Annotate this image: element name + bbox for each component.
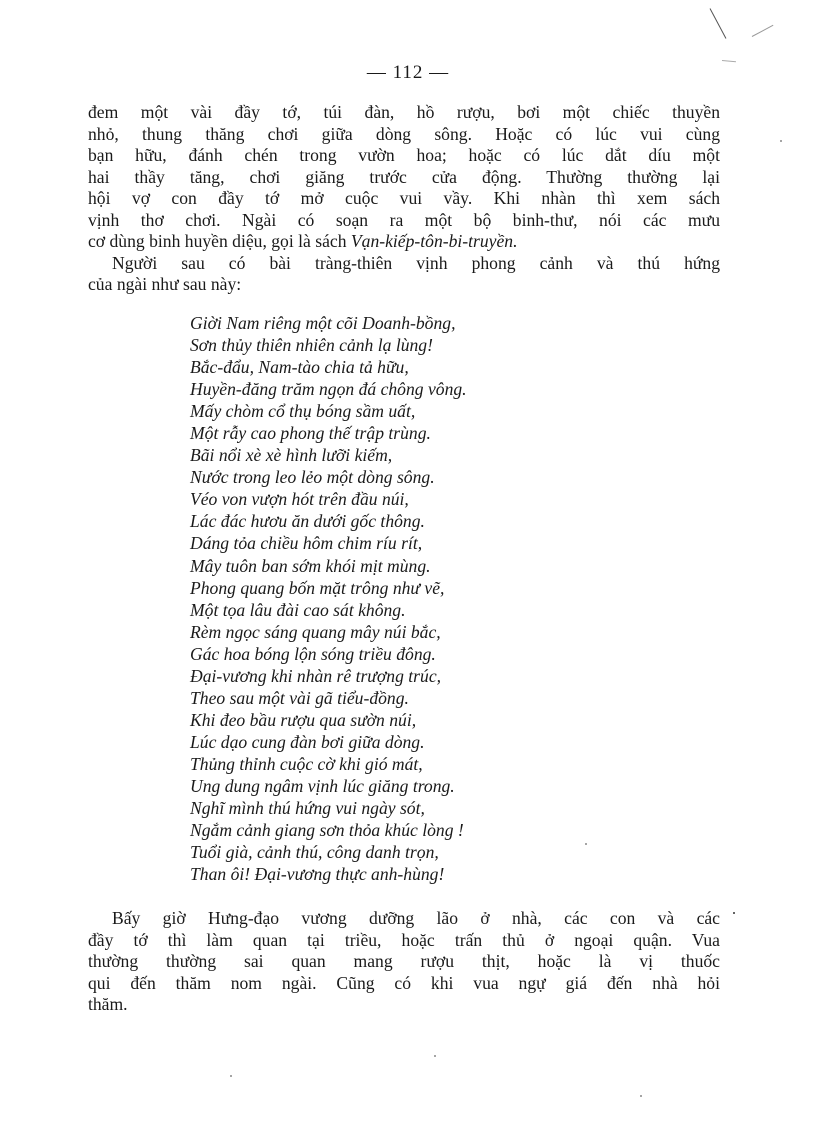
poem-verse: Ung dung ngâm vịnh lúc giăng trong. xyxy=(190,775,467,797)
book-title: Vạn-kiếp-tôn-bi-truyền. xyxy=(351,231,518,251)
poem-verse: Giời Nam riêng một cõi Doanh-bồng, xyxy=(190,312,467,334)
poem-verse: Nước trong leo lẻo một dòng sông. xyxy=(190,466,467,488)
poem-verse: Dáng tỏa chiều hôm chim ríu rít, xyxy=(190,532,467,554)
text-line: cơ dùng binh huyền diệu, gọi là sách Vạn… xyxy=(88,231,720,253)
intro-paragraph: đem một vài đầy tớ, túi đàn, hồ rượu, bơ… xyxy=(88,102,720,296)
text-line: Người sau có bài tràng-thiên vịnh phong … xyxy=(88,253,720,275)
text-line: thường thường sai quan mang rượu thịt, h… xyxy=(88,951,720,973)
scan-speck xyxy=(640,1095,642,1097)
poem-verse: Bắc-đẩu, Nam-tào chia tả hữu, xyxy=(190,356,467,378)
poem: Giời Nam riêng một cõi Doanh-bồng, Sơn t… xyxy=(190,312,467,885)
text-line: bạn hữu, đánh chén trong vườn hoa; hoặc … xyxy=(88,145,720,167)
scan-speck xyxy=(230,1075,232,1077)
poem-verse: Rèm ngọc sáng quang mây núi bắc, xyxy=(190,621,467,643)
poem-verse: Theo sau một vài gã tiểu-đồng. xyxy=(190,687,467,709)
poem-verse: Mây tuôn ban sớm khói mịt mùng. xyxy=(190,555,467,577)
scan-mark xyxy=(752,25,774,37)
text-line: qui đến thăm nom ngài. Cũng có khi vua n… xyxy=(88,973,720,995)
poem-verse: Phong quang bốn mặt trông như vẽ, xyxy=(190,577,467,599)
text-line: hai thầy tăng, chơi giăng trước cửa động… xyxy=(88,167,720,189)
closing-paragraph: Bấy giờ Hưng-đạo vương dưỡng lão ở nhà, … xyxy=(88,908,720,1016)
poem-verse: Gác hoa bóng lộn sóng triều đông. xyxy=(190,643,467,665)
poem-verse: Lúc dạo cung đàn bơi giữa dòng. xyxy=(190,731,467,753)
text-line: Bấy giờ Hưng-đạo vương dưỡng lão ở nhà, … xyxy=(88,908,720,930)
poem-verse: Thủng thỉnh cuộc cờ khi gió mát, xyxy=(190,753,467,775)
poem-verse: Bãi nổi xè xè hình lưỡi kiếm, xyxy=(190,444,467,466)
page-number: — 112 — xyxy=(0,62,816,84)
poem-verse: Nghĩ mình thú hứng vui ngày sót, xyxy=(190,797,467,819)
poem-verse: Mấy chòm cổ thụ bóng sầm uất, xyxy=(190,400,467,422)
poem-verse: Đại-vương khi nhàn rê trượng trúc, xyxy=(190,665,467,687)
poem-verse: Một rẫy cao phong thế trập trùng. xyxy=(190,422,467,444)
poem-verse: Sơn thủy thiên nhiên cảnh lạ lùng! xyxy=(190,334,467,356)
poem-verse: Lác đác hươu ăn dưới gốc thông. xyxy=(190,510,467,532)
poem-verse: Véo von vượn hót trên đầu núi, xyxy=(190,488,467,510)
text-line: đem một vài đầy tớ, túi đàn, hồ rượu, bơ… xyxy=(88,102,720,124)
text-line: nhỏ, thung thăng chơi giữa dòng sông. Ho… xyxy=(88,124,720,146)
poem-verse: Huyền-đăng trăm ngọn đá chông vông. xyxy=(190,378,467,400)
scan-speck xyxy=(733,912,735,914)
scan-mark xyxy=(710,8,727,38)
poem-verse: Khi đeo bầu rượu qua sườn núi, xyxy=(190,709,467,731)
text-line: thăm. xyxy=(88,994,720,1016)
text-line: của ngài như sau này: xyxy=(88,274,720,296)
text-fragment: cơ dùng binh huyền diệu, gọi là sách xyxy=(88,231,351,251)
scan-speck xyxy=(585,843,587,845)
poem-verse: Một tọa lâu đài cao sát không. xyxy=(190,599,467,621)
text-line: hội vợ con đầy tớ mở cuộc vui vầy. Khi n… xyxy=(88,188,720,210)
scan-speck xyxy=(434,1055,436,1057)
poem-verse: Than ôi! Đại-vương thực anh-hùng! xyxy=(190,863,467,885)
text-line: vịnh thơ chơi. Ngài có soạn ra một bộ bi… xyxy=(88,210,720,232)
scan-speck xyxy=(780,140,782,142)
poem-verse: Tuổi già, cảnh thú, công danh trọn, xyxy=(190,841,467,863)
text-line: đầy tớ thì làm quan tại triều, hoặc trấn… xyxy=(88,930,720,952)
poem-verse: Ngắm cảnh giang sơn thỏa khúc lòng ! xyxy=(190,819,467,841)
